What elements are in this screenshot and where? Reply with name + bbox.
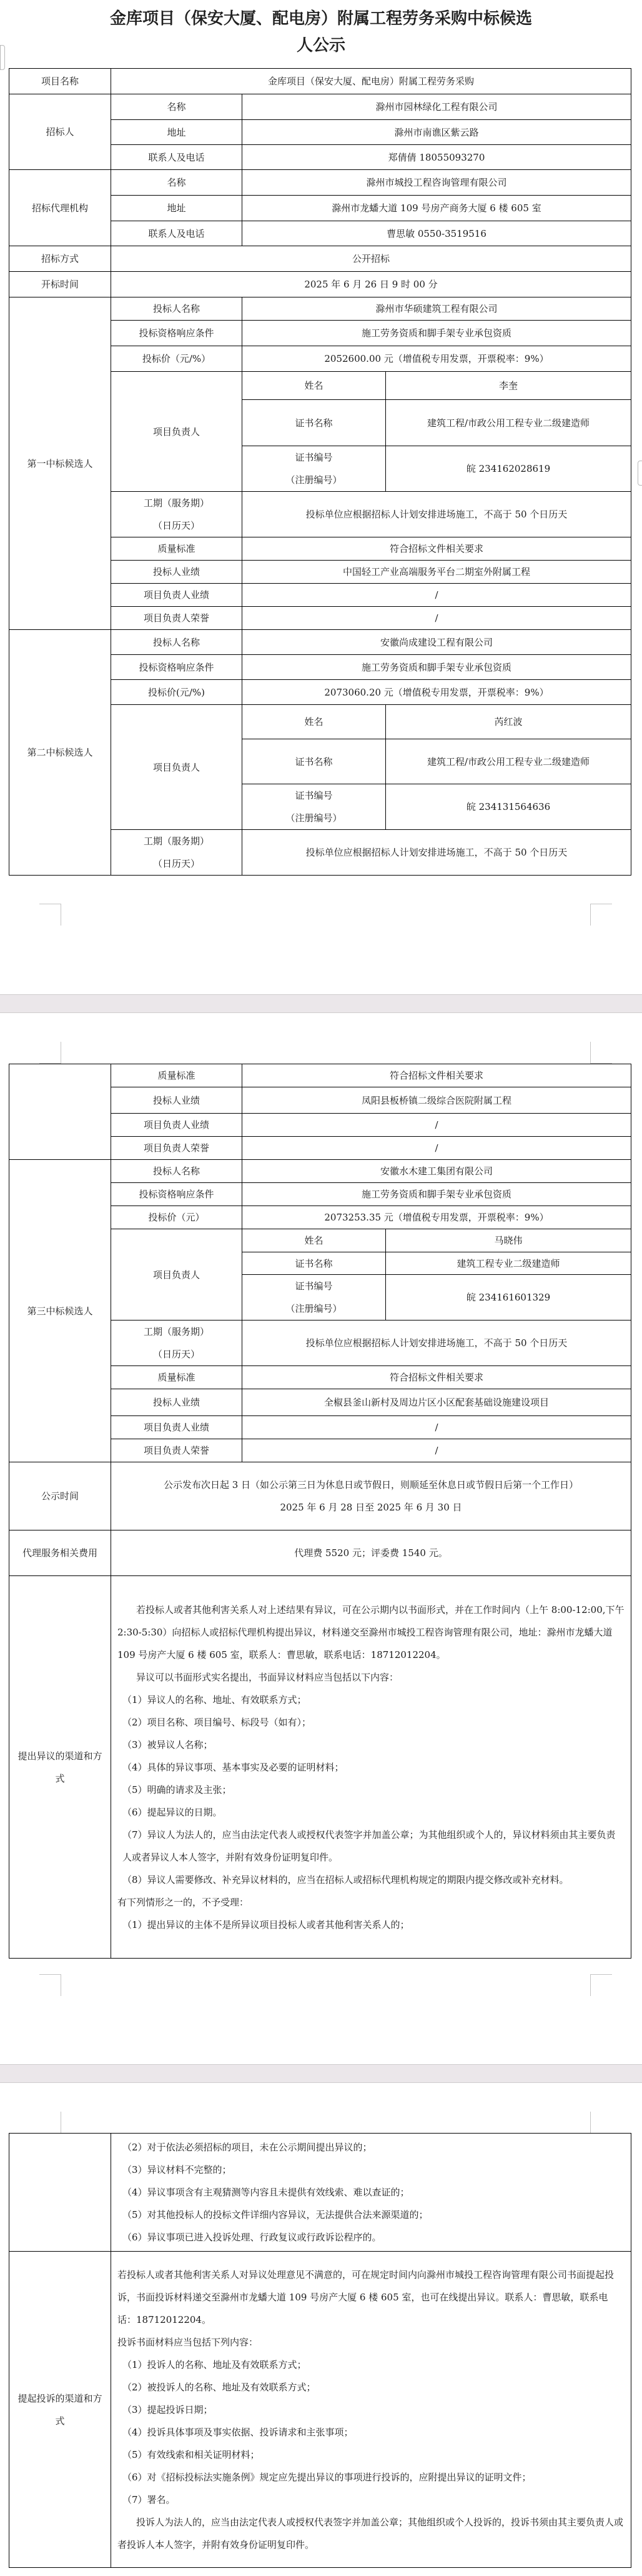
page-separator	[0, 994, 642, 1013]
period-label-line2: （日历天）	[115, 1343, 238, 1365]
qualification-label: 投标资格响应条件	[111, 1183, 242, 1206]
method-value: 公开招标	[111, 246, 631, 272]
candidate-3-period: 投标单位应根据招标人计划安排进场施工，不高于 50 个日历天	[242, 1320, 631, 1366]
qualification-label: 投标资格响应条件	[111, 655, 242, 680]
fees-value: 代理费 5520 元；评委费 1540 元。	[111, 1530, 631, 1576]
tenderer-name-label: 名称	[111, 94, 242, 120]
bidder-name-label: 投标人名称	[111, 1160, 242, 1183]
period-label: 工期（服务期） （日历天）	[111, 492, 242, 537]
objection-continued	[9, 2134, 111, 2252]
candidate-1-manager-honor: /	[242, 607, 631, 630]
manager-honor-label: 项目负责人荣誉	[111, 1439, 242, 1462]
candidate-2-label: 第二中标候选人	[9, 630, 111, 876]
tenderer-label: 招标人	[9, 94, 111, 170]
candidate-2-manager-performance: /	[242, 1114, 631, 1137]
period-label-line1: 工期（服务期）	[115, 830, 238, 852]
performance-label: 投标人业绩	[111, 561, 242, 584]
page-corner-mark	[590, 904, 612, 926]
complaint-item: （5）有效线索和相关证明材料；	[117, 2444, 625, 2466]
objection-reject-item: （3）异议材料不完整的；	[117, 2159, 625, 2181]
agency-name-label: 名称	[111, 170, 242, 196]
period-label: 工期（服务期） （日历天）	[111, 830, 242, 876]
agency-address: 滁州市龙蟠大道 109 号房产商务大厦 6 楼 605 室	[242, 196, 631, 221]
objection-label: 提出异议的渠道和方式	[9, 1576, 111, 1959]
complaint-content: 若投标人或者其他利害关系人对异议处理意见不满意的，可在规定时间内向滁州市城投工程…	[111, 2252, 631, 2568]
page-separator	[0, 2064, 642, 2083]
candidate-2-quality: 符合招标文件相关要求	[242, 1064, 631, 1087]
period-label-line2: （日历天）	[115, 514, 238, 537]
candidate-3-manager-performance: /	[242, 1416, 631, 1439]
candidate-2-continued	[9, 1064, 111, 1160]
cert-name-label: 证书名称	[242, 400, 386, 446]
cert-no-label-line2: （注册编号）	[246, 469, 382, 491]
objection-content-intro: 异议可以书面形式实名提出，书面异议材料应当包括以下内容：	[117, 1666, 625, 1689]
complaint-closing: 投诉人为法人的，应当由法定代表人或授权代表签字并加盖公章；其他组织或个人投诉的，…	[117, 2511, 625, 2556]
objection-content-continued: （2）对于依法必须招标的项目，未在公示期间提出异议的； （3）异议材料不完整的；…	[111, 2134, 631, 2252]
objection-reject-item: （6）异议事项已进入投诉处理、行政复议或行政诉讼程序的。	[117, 2226, 625, 2249]
quality-label: 质量标准	[111, 1064, 242, 1087]
performance-label: 投标人业绩	[111, 1389, 242, 1416]
page-corner-mark	[39, 1974, 61, 1996]
tenderer-address: 滁州市南谯区紫云路	[242, 120, 631, 145]
cert-no-label-line2: （注册编号）	[246, 807, 382, 829]
bidder-name-label: 投标人名称	[111, 630, 242, 655]
fees-label: 代理服务相关费用	[9, 1530, 111, 1576]
document-title-line1: 金库项目（保安大厦、配电房）附属工程劳务采购中标候选	[0, 6, 642, 32]
tenderer-address-label: 地址	[111, 120, 242, 145]
performance-label: 投标人业绩	[111, 1087, 242, 1114]
candidate-2-qualification: 施工劳务资质和脚手架专业承包资质	[242, 655, 631, 680]
quality-label: 质量标准	[111, 537, 242, 561]
cert-no-label-line1: 证书编号	[246, 784, 382, 807]
page-corner-mark	[39, 904, 61, 926]
complaint-item: （3）提起投诉日期；	[117, 2399, 625, 2421]
objection-item: （2）项目名称、项目编号、标段号（如有）；	[117, 1711, 625, 1734]
complaint-item: （2）被投诉人的名称、地址及有效联系方式；	[117, 2376, 625, 2399]
candidate-3-manager-name: 马晓伟	[386, 1229, 631, 1252]
tenderer-contact: 郑倩倩 18055093270	[242, 145, 631, 170]
manager-label: 项目负责人	[111, 372, 242, 492]
objection-reject-item: （5）对其他投标人的投标文件详细内容异议，无法提供合法来源渠道的；	[117, 2204, 625, 2226]
agency-contact: 曹思敏 0550-3519516	[242, 221, 631, 246]
cert-no-label: 证书编号 （注册编号）	[242, 446, 386, 492]
complaint-content-intro: 投诉书面材料应当包括下列内容：	[117, 2331, 625, 2354]
candidate-3-manager-honor: /	[242, 1439, 631, 1462]
manager-honor-label: 项目负责人荣誉	[111, 1137, 242, 1160]
candidate-2-manager-name: 芮红波	[386, 705, 631, 739]
page-corner-mark	[590, 1974, 612, 1996]
tenderer-name: 滁州市园林绿化工程有限公司	[242, 94, 631, 120]
manager-label: 项目负责人	[111, 1229, 242, 1320]
page-corner-mark	[39, 2112, 61, 2134]
page-corner-mark	[39, 1042, 61, 1064]
candidate-1-manager-name: 李奎	[386, 372, 631, 400]
candidate-1-label: 第一中标候选人	[9, 297, 111, 630]
period-label: 工期（服务期） （日历天）	[111, 1320, 242, 1366]
objection-item: （3）被异议人名称；	[117, 1734, 625, 1756]
cert-name-label: 证书名称	[242, 1252, 386, 1275]
announcement-table-page3: （2）对于依法必须招标的项目，未在公示期间提出异议的； （3）异议材料不完整的；…	[9, 2133, 631, 2568]
price-label: 投标价（元/%）	[111, 346, 242, 372]
objection-reject-item: （2）对于依法必须招标的项目，未在公示期间提出异议的；	[117, 2136, 625, 2159]
objection-item: （1）异议人的名称、地址、有效联系方式；	[117, 1689, 625, 1711]
candidate-2-manager-honor: /	[242, 1137, 631, 1160]
publicity-dates: 2025 年 6 月 28 日至 2025 年 6 月 30 日	[115, 1496, 627, 1519]
objection-intro: 若投标人或者其他利害关系人对上述结果有异议，可在公示期内以书面形式，并在工作时间…	[117, 1599, 625, 1666]
manager-performance-label: 项目负责人业绩	[111, 584, 242, 607]
candidate-2-bidder: 安徽尚成建设工程有限公司	[242, 630, 631, 655]
project-name-value: 金库项目（保安大厦、配电房）附属工程劳务采购	[111, 69, 631, 94]
project-name-label: 项目名称	[9, 69, 111, 94]
cert-no-label-line2: （注册编号）	[246, 1297, 382, 1320]
announcement-table-page2: 质量标准 符合招标文件相关要求 投标人业绩 凤阳县板桥镇二级综合医院附属工程 项…	[9, 1064, 631, 1959]
candidate-3-quality: 符合招标文件相关要求	[242, 1366, 631, 1389]
candidate-2-period: 投标单位应根据招标人计划安排进场施工，不高于 50 个日历天	[242, 830, 631, 876]
candidate-1-bidder: 滁州市华硕建筑工程有限公司	[242, 297, 631, 321]
manager-honor-label: 项目负责人荣誉	[111, 607, 242, 630]
complaint-item: （7）署名。	[117, 2489, 625, 2511]
complaint-intro: 若投标人或者其他利害关系人对异议处理意见不满意的，可在规定时间内向滁州市城投工程…	[117, 2264, 625, 2331]
candidate-1-period: 投标单位应根据招标人计划安排进场施工，不高于 50 个日历天	[242, 492, 631, 537]
price-label: 投标价（元）	[111, 1206, 242, 1229]
objection-item: （7）异议人为法人的，应当由法定代表人或授权代表签字并加盖公章；为其他组织或个人…	[117, 1824, 625, 1869]
cert-name-label: 证书名称	[242, 739, 386, 784]
candidate-1-price: 2052600.00 元（增值税专用发票，开票税率：9%）	[242, 346, 631, 372]
candidate-2-performance: 凤阳县板桥镇二级综合医院附属工程	[242, 1087, 631, 1114]
agency-address-label: 地址	[111, 196, 242, 221]
publicity-label: 公示时间	[9, 1462, 111, 1530]
announcement-table-page1: 项目名称 金库项目（保安大厦、配电房）附属工程劳务采购 招标人 名称 滁州市园林…	[9, 68, 631, 876]
objection-reject-item: （1）提出异议的主体不是所异议项目投标人或者其他利害关系人的；	[117, 1914, 625, 1936]
agency-contact-label: 联系人及电话	[111, 221, 242, 246]
method-label: 招标方式	[9, 246, 111, 272]
document-title-line2: 人公示	[0, 32, 642, 59]
page-corner-mark	[590, 2112, 612, 2134]
candidate-3-bidder: 安徽水木建工集团有限公司	[242, 1160, 631, 1183]
objection-item: （8）异议人需要修改、补充异议材料的，应当在招标人或招标代理机构规定的期限内提交…	[117, 1869, 625, 1891]
candidate-3-price: 2073253.35 元（增值税专用发票，开票税率：9%）	[242, 1206, 631, 1229]
manager-label: 项目负责人	[111, 705, 242, 830]
opening-value: 2025 年 6 月 26 日 9 时 00 分	[111, 272, 631, 297]
candidate-1-cert-no: 皖 234162028619	[386, 446, 631, 492]
cert-no-label: 证书编号 （注册编号）	[242, 784, 386, 830]
complaint-item: （4）投诉具体事项及事实依据、投诉请求和主张事项；	[117, 2421, 625, 2444]
agency-name: 滁州市城投工程咨询管理有限公司	[242, 170, 631, 196]
period-label-line1: 工期（服务期）	[115, 1320, 238, 1343]
opening-label: 开标时间	[9, 272, 111, 297]
price-label: 投标价(元/%)	[111, 680, 242, 705]
complaint-item: （1）投诉人的名称、地址及有效联系方式；	[117, 2354, 625, 2376]
qualification-label: 投标资格响应条件	[111, 321, 242, 346]
period-label-line2: （日历天）	[115, 852, 238, 875]
candidate-3-performance: 全椒县釜山新村及周边片区小区配套基础设施建设项目	[242, 1389, 631, 1416]
objection-reject-intro: 有下列情形之一的，不予受理：	[117, 1891, 625, 1914]
candidate-3-qualification: 施工劳务资质和脚手架专业承包资质	[242, 1183, 631, 1206]
complaint-item: （6）对《招标投标法实施条例》规定应先提出异议的事项进行投诉的，应附提出异议的证…	[117, 2466, 625, 2489]
candidate-2-price: 2073060.20 元（增值税专用发票，开票税率：9%）	[242, 680, 631, 705]
objection-item: （5）明确的请求及主张；	[117, 1779, 625, 1801]
candidate-2-cert-name: 建筑工程/市政公用工程专业二级建造师	[386, 739, 631, 784]
objection-reject-item: （4）异议事项含有主观猜测等内容且未提供有效线索、难以查证的；	[117, 2181, 625, 2204]
bidder-name-label: 投标人名称	[111, 297, 242, 321]
cert-no-label-line1: 证书编号	[246, 446, 382, 469]
page-corner-mark	[590, 1042, 612, 1064]
complaint-label: 提起投诉的渠道和方式	[9, 2252, 111, 2568]
person-name-label: 姓名	[242, 1229, 386, 1252]
quality-label: 质量标准	[111, 1366, 242, 1389]
person-name-label: 姓名	[242, 372, 386, 400]
candidate-2-cert-no: 皖 234131564636	[386, 784, 631, 830]
right-page-tab[interactable]	[638, 461, 642, 486]
candidate-1-manager-performance: /	[242, 584, 631, 607]
manager-performance-label: 项目负责人业绩	[111, 1416, 242, 1439]
publicity-value: 公示发布次日起 3 日（如公示第三日为休息日或节假日，则顺延至休息日或节假日后第…	[111, 1462, 631, 1530]
cert-no-label-line1: 证书编号	[246, 1275, 382, 1297]
publicity-period-rule: 公示发布次日起 3 日（如公示第三日为休息日或节假日，则顺延至休息日或节假日后第…	[115, 1474, 627, 1496]
objection-item: （6）提起异议的日期。	[117, 1801, 625, 1824]
candidate-1-quality: 符合招标文件相关要求	[242, 537, 631, 561]
person-name-label: 姓名	[242, 705, 386, 739]
candidate-3-cert-name: 建筑工程专业二级建造师	[386, 1252, 631, 1275]
period-label-line1: 工期（服务期）	[115, 492, 238, 514]
objection-item: （4）具体的异议事项、基本事实及必要的证明材料；	[117, 1756, 625, 1779]
cert-no-label: 证书编号 （注册编号）	[242, 1275, 386, 1320]
candidate-1-qualification: 施工劳务资质和脚手架专业承包资质	[242, 321, 631, 346]
candidate-3-label: 第三中标候选人	[9, 1160, 111, 1462]
candidate-1-cert-name: 建筑工程/市政公用工程专业二级建造师	[386, 400, 631, 446]
agency-label: 招标代理机构	[9, 170, 111, 246]
tenderer-contact-label: 联系人及电话	[111, 145, 242, 170]
manager-performance-label: 项目负责人业绩	[111, 1114, 242, 1137]
objection-content: 若投标人或者其他利害关系人对上述结果有异议，可在公示期内以书面形式，并在工作时间…	[111, 1576, 631, 1959]
candidate-3-cert-no: 皖 234161601329	[386, 1275, 631, 1320]
candidate-1-performance: 中国轻工产业高端服务平台二期室外附属工程	[242, 561, 631, 584]
